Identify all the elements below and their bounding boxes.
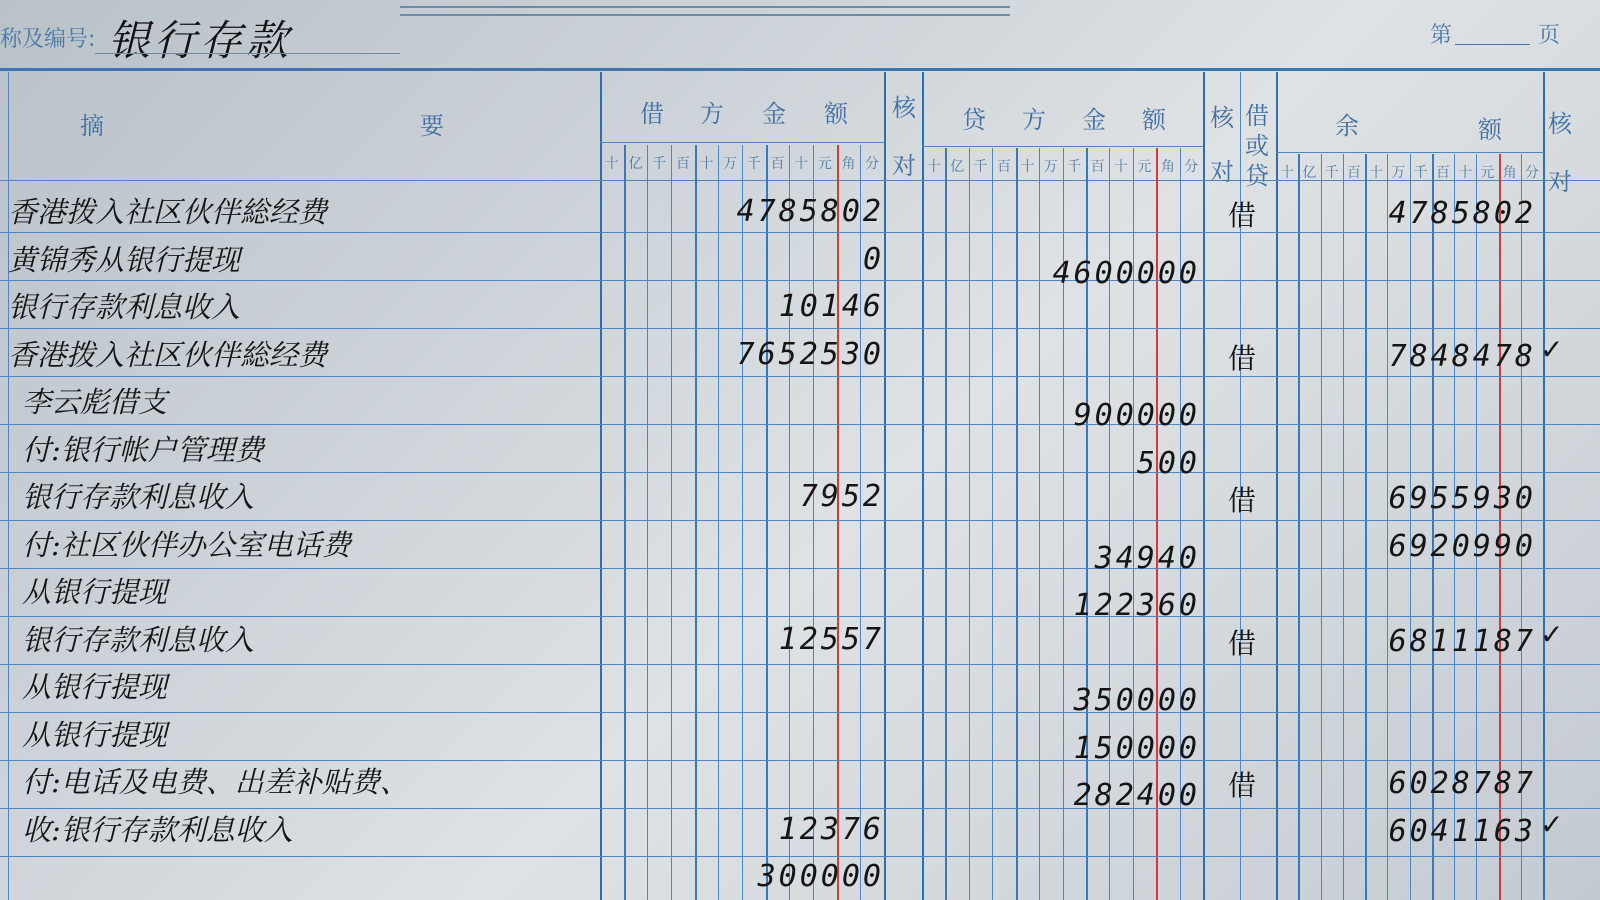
credit-unit-label: 百 <box>1086 156 1109 176</box>
header-balance-2: 额 <box>1478 110 1502 145</box>
page-suffix: 页 <box>1538 18 1560 49</box>
balance-unit-label: 角 <box>1499 162 1521 182</box>
balance-unit-label: 分 <box>1521 162 1543 182</box>
ledger-row: 付:社区伙伴办公室电话费349406920990 <box>0 519 1600 567</box>
header-credit-3: 金 <box>1082 100 1106 135</box>
balance-unit-label: 千 <box>1410 162 1432 182</box>
debit-unit-label: 亿 <box>624 153 648 173</box>
header-check-1: 核 <box>892 88 916 123</box>
debit-unit-label: 千 <box>742 153 766 173</box>
row-summary: 银行存款利息收入 <box>22 475 254 516</box>
credit-unit-label: 分 <box>1180 156 1203 176</box>
header-credit-2: 方 <box>1022 100 1046 135</box>
balance-unit-label: 百 <box>1432 162 1454 182</box>
credit-unit-label: 角 <box>1156 156 1179 176</box>
debit-unit-label: 十 <box>695 153 719 173</box>
top-rule <box>400 6 1010 8</box>
ledger-row: 从银行提现122360 <box>0 566 1600 614</box>
ledger-row: 香港拨入社区伙伴総经费4785802借4785802 <box>0 186 1600 234</box>
ledger-row: 李云彪借支900000 <box>0 376 1600 424</box>
credit-unit-label: 十 <box>1109 156 1132 176</box>
header-debit-1: 借 <box>640 94 664 129</box>
debit-unit-label: 分 <box>860 153 884 173</box>
header-summary-1: 摘 <box>80 106 104 141</box>
debit-unit-label: 百 <box>671 153 695 173</box>
row-balance-amount: 7848478 <box>1389 339 1536 374</box>
balance-unit-label: 十 <box>1276 162 1298 182</box>
row-balance-amount: 6920990 <box>1389 529 1536 564</box>
credit-unit-label: 十 <box>922 156 945 176</box>
header-debit-3: 金 <box>762 94 786 129</box>
credit-unit-label: 亿 <box>945 156 968 176</box>
ledger-row: 银行存款利息收入12557借6811187✓ <box>0 614 1600 662</box>
debit-unit-label: 万 <box>718 153 742 173</box>
header-check-4: 对 <box>1210 152 1234 187</box>
page-number-line <box>1455 44 1530 45</box>
ledger-row: 付:银行帐户管理费500 <box>0 424 1600 472</box>
row-dr-cr: 借 <box>1228 622 1256 662</box>
balance-unit-label: 万 <box>1387 162 1409 182</box>
row-check-mark: ✓ <box>1540 618 1563 651</box>
header-summary-2: 要 <box>420 106 444 141</box>
credit-unit-label: 十 <box>1016 156 1039 176</box>
row-balance-amount: 4785802 <box>1389 196 1536 231</box>
row-debit-amount: 0 <box>863 242 884 277</box>
header-debit-2: 方 <box>700 94 724 129</box>
row-balance-amount: 6041163 <box>1389 814 1536 849</box>
row-dr-cr: 借 <box>1228 337 1256 377</box>
table-top-border <box>0 68 1600 71</box>
account-name: 银行存款 <box>108 8 292 68</box>
account-label: 称及编号: <box>0 22 95 53</box>
debit-unit-label: 十 <box>789 153 813 173</box>
header-subrule <box>600 142 885 143</box>
row-summary: 银行存款利息收入 <box>22 618 254 659</box>
row-summary: 从银行提现 <box>22 570 167 611</box>
header-subrule <box>1276 152 1544 153</box>
row-summary: 收:银行存款利息收入 <box>22 808 293 849</box>
row-summary: 香港拨入社区伙伴総经费 <box>8 333 327 374</box>
ledger-row: 香港拨入社区伙伴総经费7652530借7848478✓ <box>0 329 1600 377</box>
row-balance-amount: 6811187 <box>1389 624 1536 659</box>
top-rule <box>400 14 1010 16</box>
ledger-page: 称及编号: 银行存款 第 页 摘 要 借 方 金 额 核 对 贷 方 金 额 核… <box>0 0 1600 900</box>
balance-unit-label: 十 <box>1365 162 1387 182</box>
row-check-mark: ✓ <box>1540 333 1563 366</box>
row-dr-cr: 借 <box>1228 194 1256 234</box>
row-debit-amount: 4785802 <box>737 194 884 229</box>
ledger-row: 收:银行存款利息收入123766041163✓ <box>0 804 1600 852</box>
balance-unit-label: 千 <box>1321 162 1343 182</box>
header-balance-1: 余 <box>1335 106 1359 141</box>
account-underline <box>95 53 400 54</box>
balance-unit-label: 百 <box>1343 162 1365 182</box>
header-check-2: 对 <box>892 146 916 181</box>
debit-unit-label: 角 <box>837 153 861 173</box>
ledger-row: 从银行提现150000 <box>0 709 1600 757</box>
header-check-3: 核 <box>1210 98 1234 133</box>
row-debit-amount: 10146 <box>779 289 884 324</box>
row-check-mark: ✓ <box>1540 808 1563 841</box>
credit-unit-label: 百 <box>992 156 1015 176</box>
header-subrule <box>922 146 1203 147</box>
ledger-row: 银行存款利息收入10146 <box>0 281 1600 329</box>
page-prefix: 第 <box>1430 18 1452 49</box>
row-debit-amount: 300000 <box>758 859 884 894</box>
header-debit-4: 额 <box>824 94 848 129</box>
row-summary: 从银行提现 <box>22 665 167 706</box>
row-debit-amount: 7952 <box>800 479 884 514</box>
credit-unit-label: 千 <box>969 156 992 176</box>
debit-unit-label: 元 <box>813 153 837 173</box>
credit-unit-label: 元 <box>1133 156 1156 176</box>
ledger-row: 300000 <box>0 851 1600 899</box>
row-dr-cr: 借 <box>1228 764 1256 804</box>
row-summary: 银行存款利息收入 <box>8 285 240 326</box>
row-summary: 付:银行帐户管理费 <box>22 428 264 469</box>
credit-unit-label: 千 <box>1063 156 1086 176</box>
row-summary: 黄锦秀从银行提现 <box>8 238 240 279</box>
row-summary: 从银行提现 <box>22 713 167 754</box>
header-credit-4: 额 <box>1142 100 1166 135</box>
ledger-row: 付:电话及电费、出差补贴费、282400借6028787 <box>0 756 1600 804</box>
debit-unit-label: 千 <box>647 153 671 173</box>
ledger-row: 从银行提现350000 <box>0 661 1600 709</box>
row-balance-amount: 6955930 <box>1389 481 1536 516</box>
row-summary: 付:社区伙伴办公室电话费 <box>22 523 351 564</box>
row-debit-amount: 12557 <box>779 622 884 657</box>
debit-unit-label: 十 <box>600 153 624 173</box>
header-check-5: 核 <box>1548 104 1572 139</box>
row-dr-cr: 借 <box>1228 479 1256 519</box>
ledger-row: 黄锦秀从银行提现04600000 <box>0 234 1600 282</box>
balance-unit-label: 元 <box>1476 162 1498 182</box>
row-debit-amount: 12376 <box>779 812 884 847</box>
row-summary: 李云彪借支 <box>22 380 167 421</box>
credit-unit-label: 万 <box>1039 156 1062 176</box>
ledger-row: 银行存款利息收入7952借6955930 <box>0 471 1600 519</box>
row-balance-amount: 6028787 <box>1389 766 1536 801</box>
header-credit-1: 贷 <box>962 100 986 135</box>
row-summary: 香港拨入社区伙伴総经费 <box>8 190 327 231</box>
row-debit-amount: 7652530 <box>737 337 884 372</box>
balance-unit-label: 十 <box>1454 162 1476 182</box>
debit-unit-label: 百 <box>766 153 790 173</box>
row-summary: 付:电话及电费、出差补贴费、 <box>22 760 409 801</box>
balance-unit-label: 亿 <box>1298 162 1320 182</box>
